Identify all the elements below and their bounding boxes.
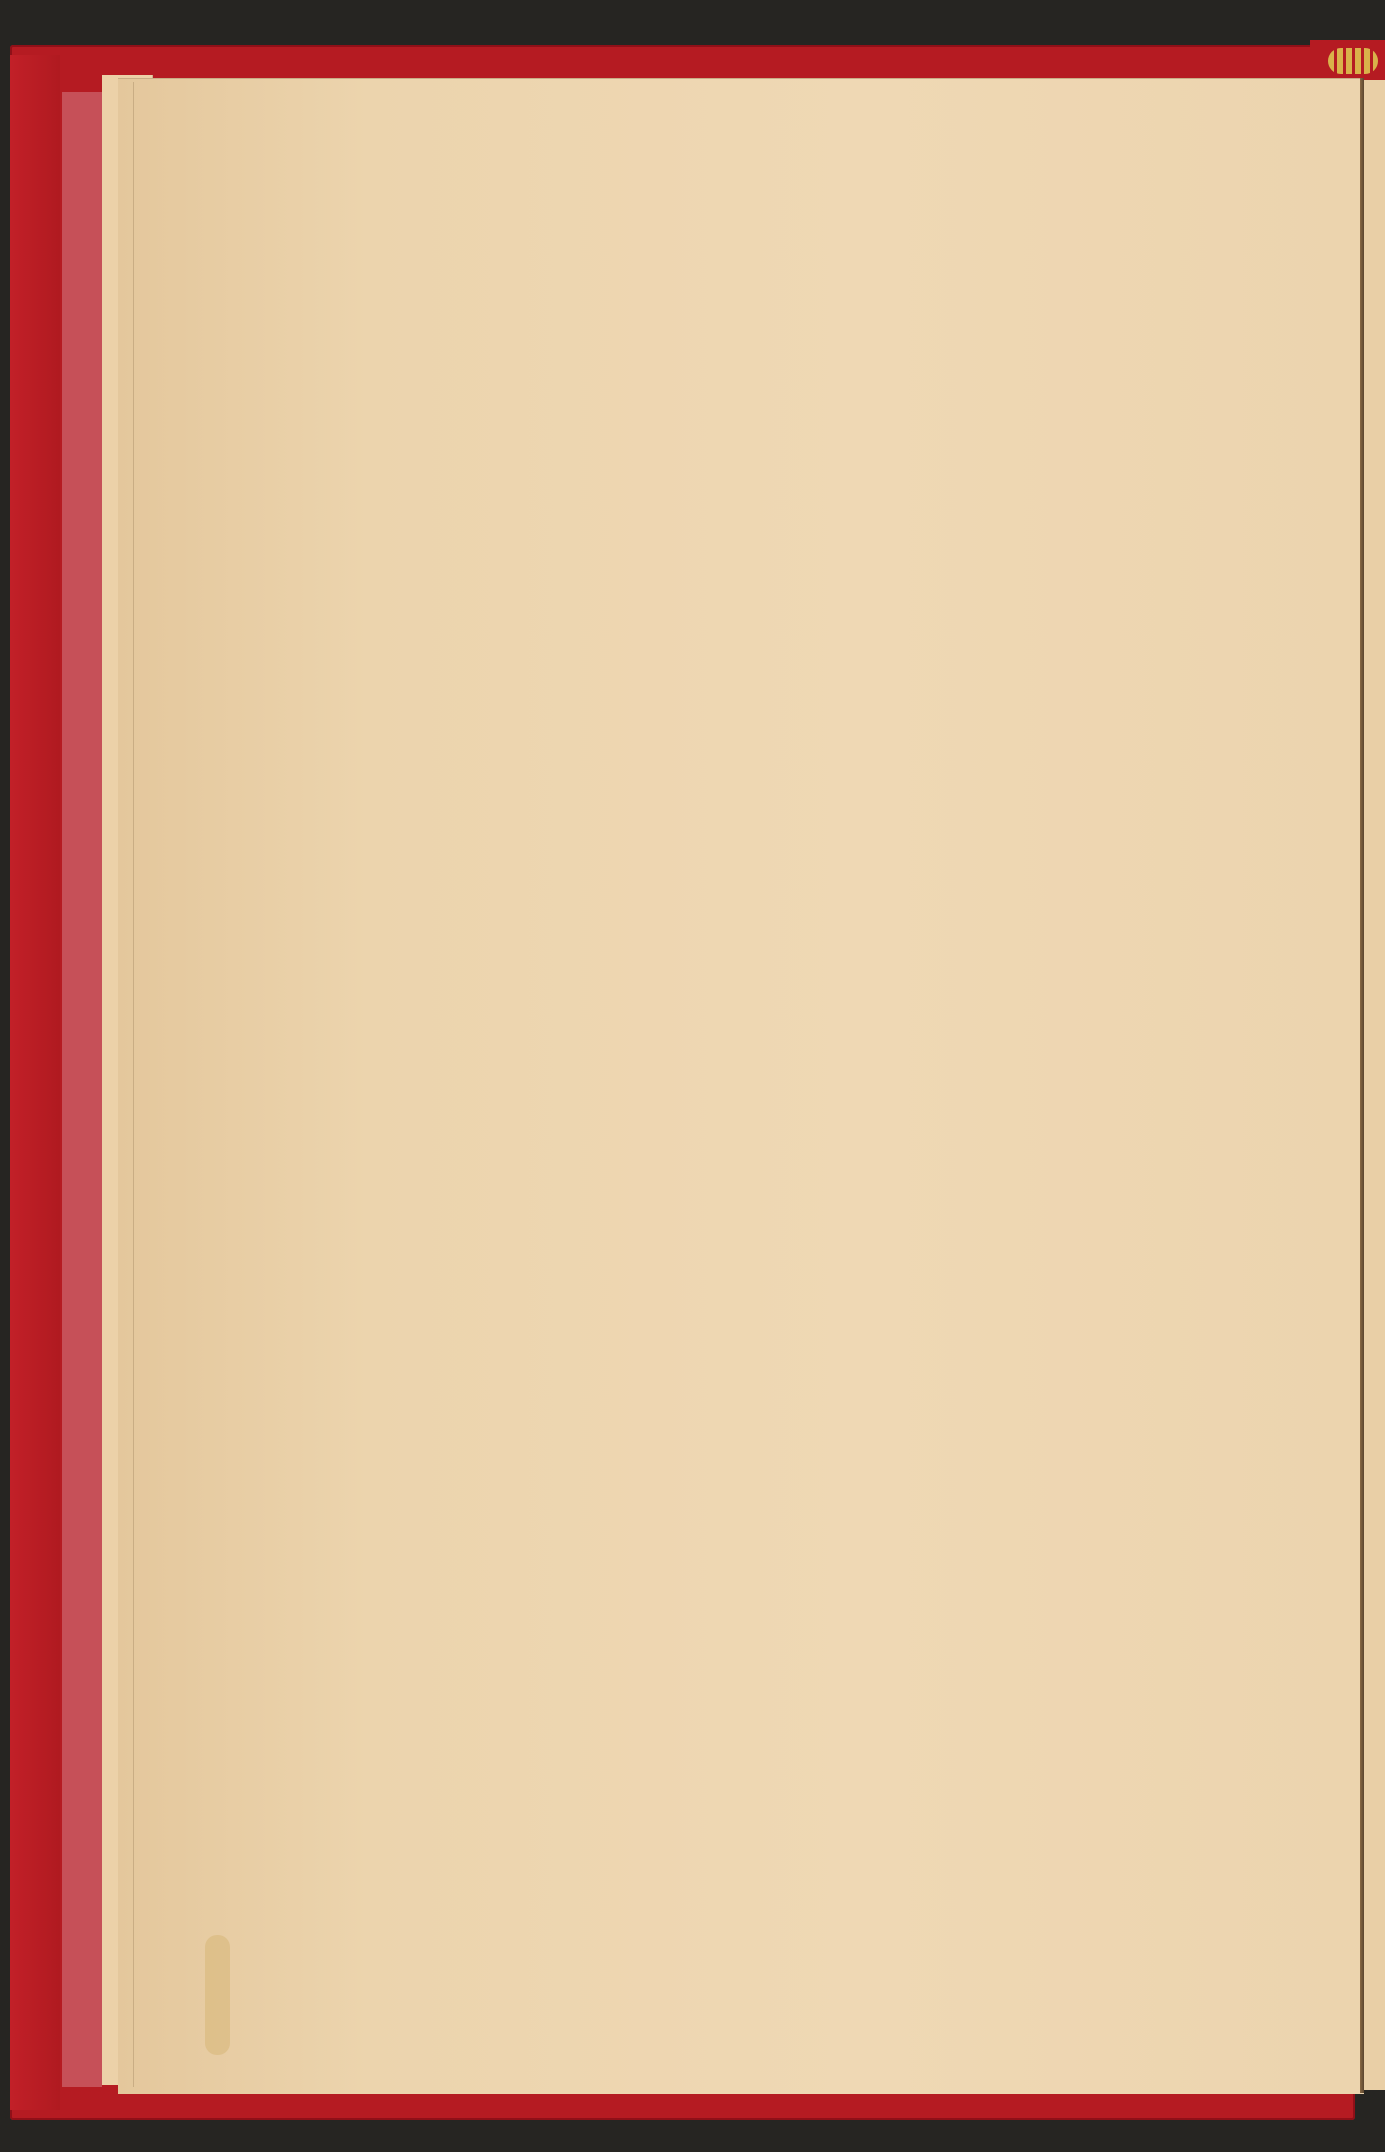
book-page: [118, 78, 1364, 2094]
next-page-edge: [1364, 80, 1385, 2090]
paper-stain: [205, 1935, 230, 2055]
binding-ornament: [1310, 40, 1385, 82]
cover-turn-in: [62, 92, 102, 2087]
cover-edge: [10, 55, 60, 2110]
headband-icon: [1328, 48, 1378, 74]
page-edge: [133, 82, 134, 2087]
